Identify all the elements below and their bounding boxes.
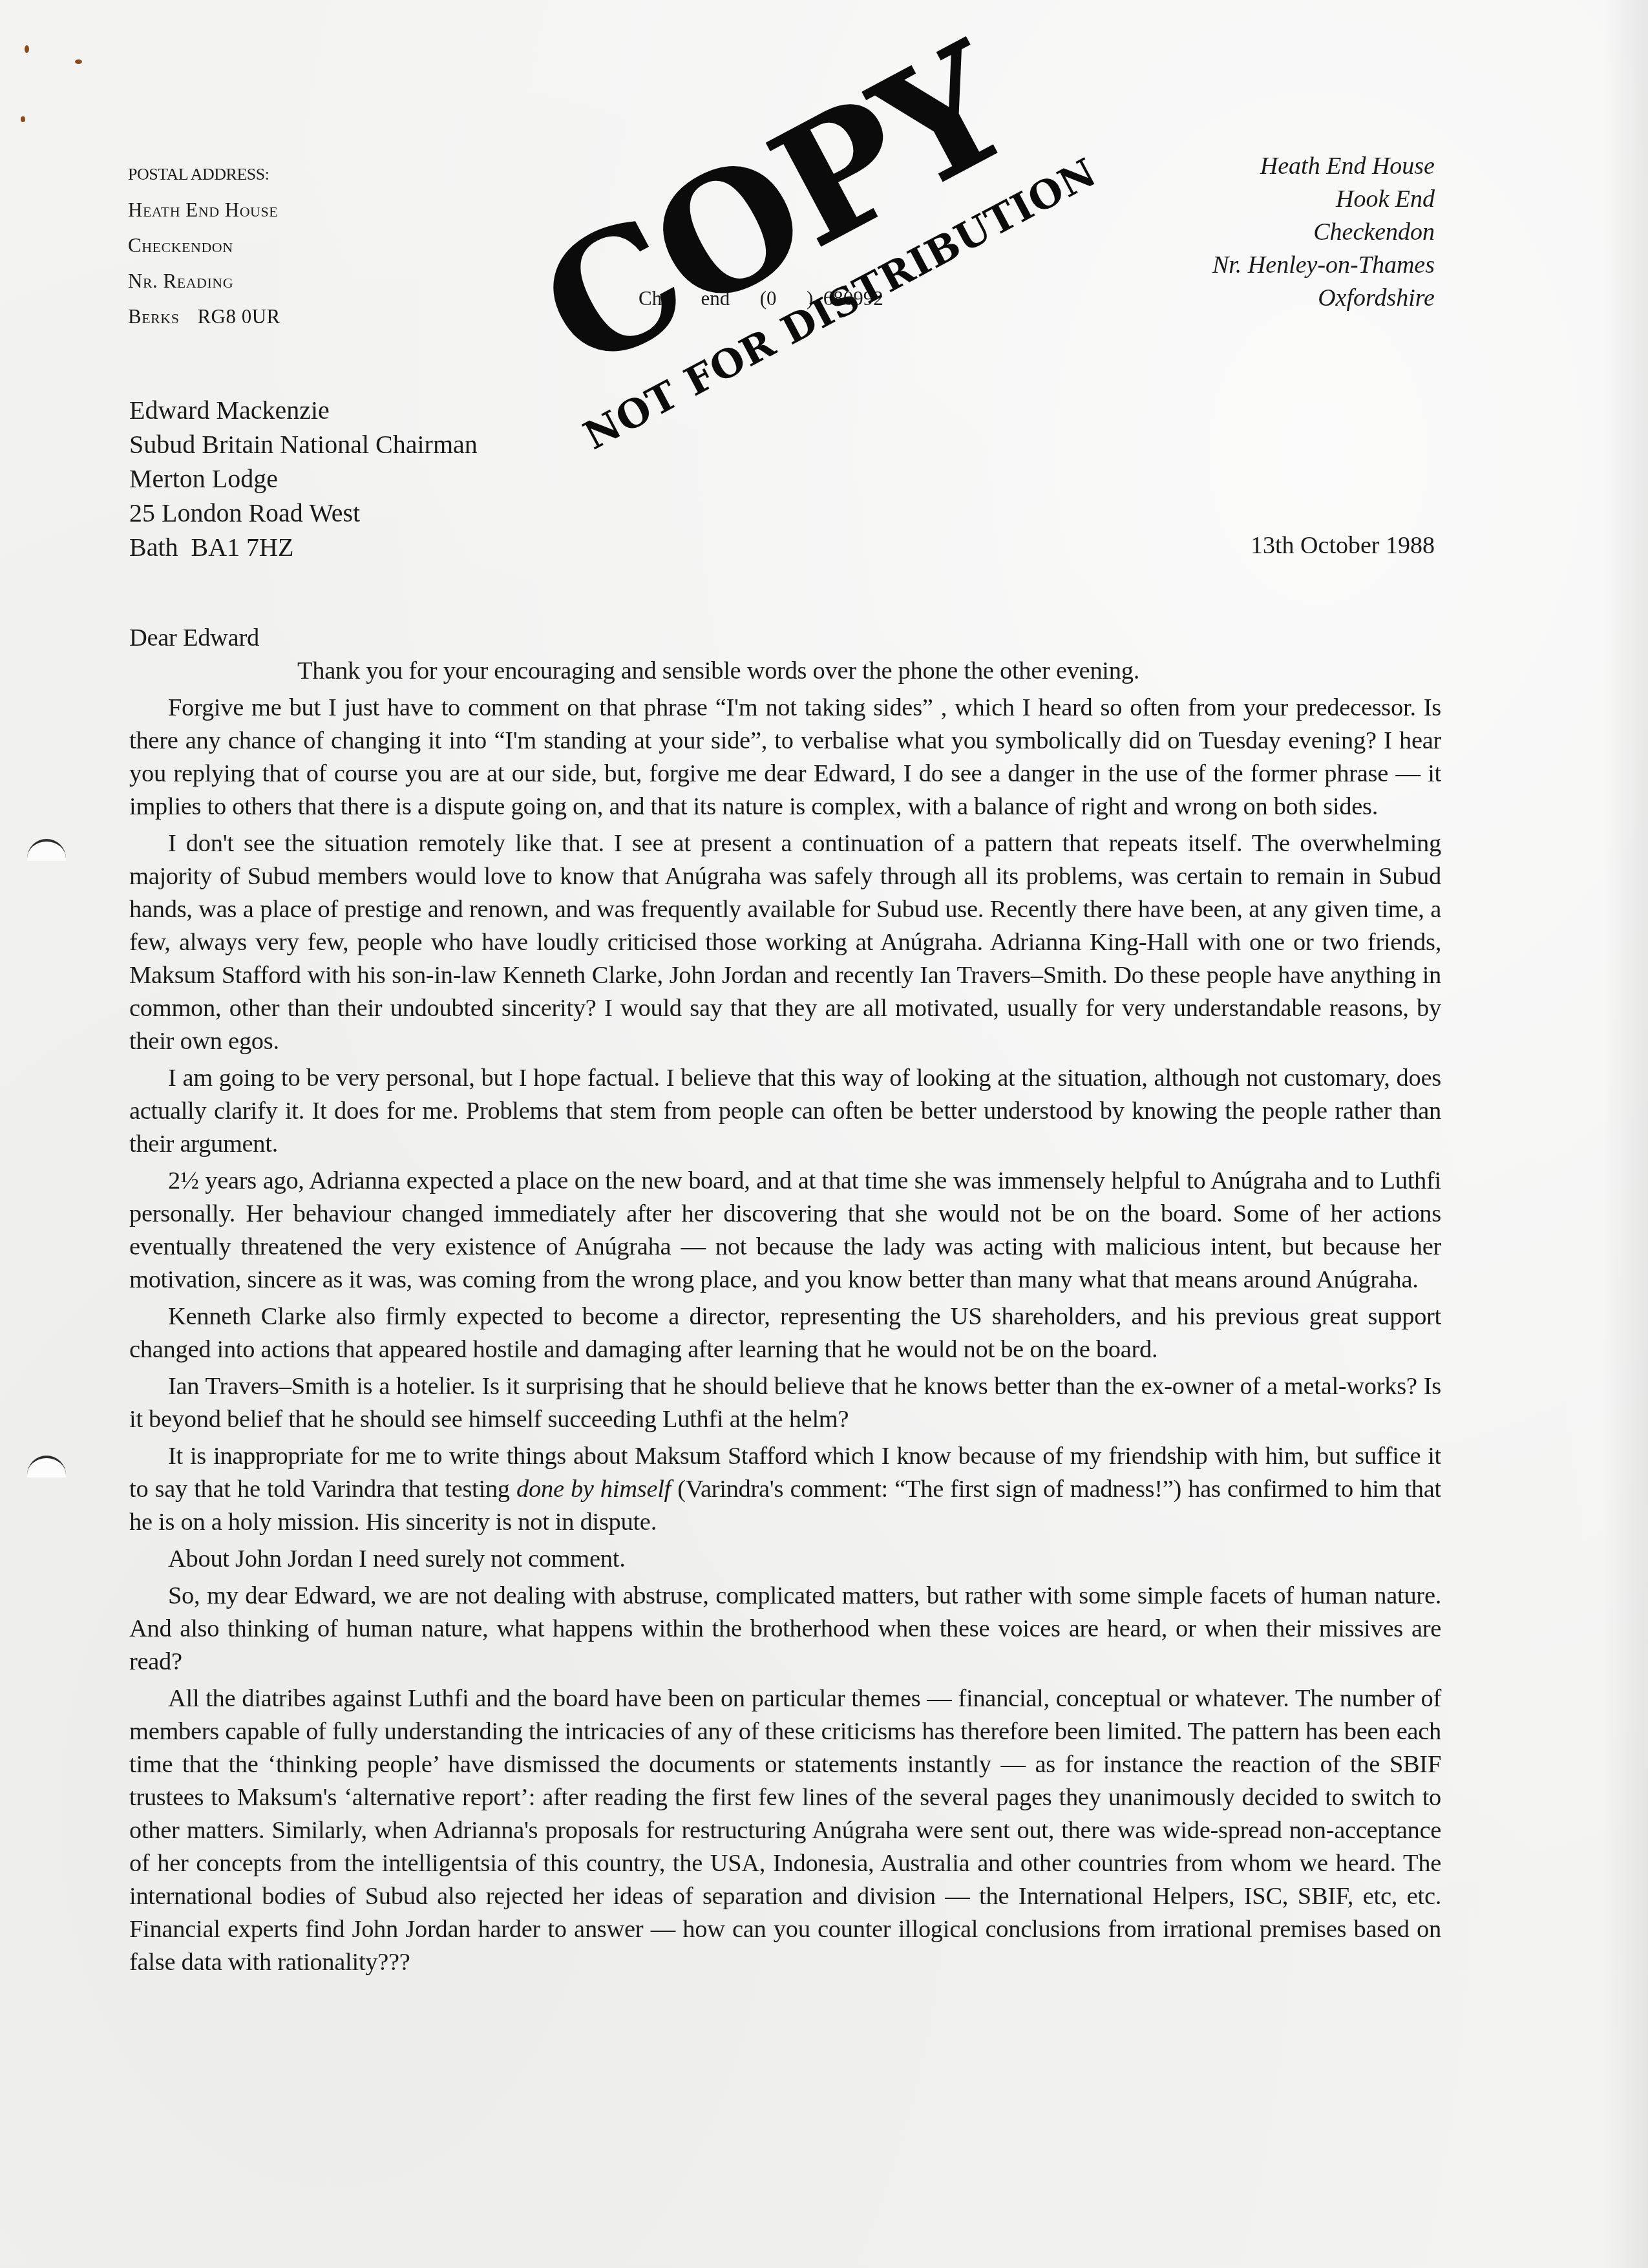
paragraph: All the diatribes against Luthfi and the… — [129, 1682, 1441, 1979]
paragraph: So, my dear Edward, we are not dealing w… — [129, 1580, 1441, 1679]
recipient-line: Merton Lodge — [129, 461, 478, 496]
postal-county: Berks — [128, 305, 179, 328]
salutation: Dear Edward — [129, 622, 1441, 655]
paragraph: About John Jordan I need surely not comm… — [129, 1543, 1441, 1576]
paragraph: I don't see the situation remotely like … — [129, 827, 1441, 1058]
paragraph-maksum: It is inappropriate for me to write thin… — [129, 1440, 1441, 1539]
postal-line: Heath End House — [128, 192, 280, 228]
postal-line-postcode: BerksRG8 0UR — [128, 299, 280, 334]
postal-address: POSTAL ADDRESS: Heath End House Checkend… — [128, 156, 280, 334]
postal-line: Nr. Reading — [128, 263, 280, 299]
sender-line: Heath End House — [1212, 150, 1435, 183]
sender-line: Nr. Henley-on-Thames — [1212, 249, 1435, 282]
paragraph: 2½ years ago, Adrianna expected a place … — [129, 1165, 1441, 1297]
sender-address: Heath End House Hook End Checkendon Nr. … — [1212, 150, 1435, 315]
recipient-line: 25 London Road West — [129, 496, 478, 530]
postal-code: RG8 0UR — [197, 305, 280, 328]
italic-phrase: done by himself — [516, 1476, 671, 1503]
recipient-line: Subud Britain National Chairman — [129, 427, 478, 461]
rust-spot — [75, 59, 82, 64]
sender-line: Checkendon — [1212, 216, 1435, 249]
postal-line: Checkendon — [128, 228, 280, 263]
paragraph: Kenneth Clarke also firmly expected to b… — [129, 1300, 1441, 1366]
sender-line: Oxfordshire — [1212, 282, 1435, 315]
letter-body: Dear Edward Thank you for your encouragi… — [129, 622, 1441, 1983]
punch-hole-top — [27, 839, 66, 861]
recipient-line: Bath BA1 7HZ — [129, 530, 478, 564]
rust-spot — [21, 116, 25, 122]
paragraph: Forgive me but I just have to comment on… — [129, 692, 1441, 823]
rust-spot — [25, 45, 29, 53]
recipient-line: Edward Mackenzie — [129, 393, 478, 427]
punch-hole-bottom — [27, 1456, 66, 1478]
paragraph: Thank you for your encouraging and sensi… — [129, 655, 1441, 688]
paragraph: I am going to be very personal, but I ho… — [129, 1062, 1441, 1161]
page-shadow-edge — [1603, 0, 1648, 2268]
letter-page: POSTAL ADDRESS: Heath End House Checkend… — [0, 0, 1648, 2268]
letter-date: 13th October 1988 — [1251, 531, 1435, 560]
recipient-address: Edward Mackenzie Subud Britain National … — [129, 393, 478, 564]
sender-line: Hook End — [1212, 183, 1435, 216]
paragraph: Ian Travers–Smith is a hotelier. Is it s… — [129, 1370, 1441, 1436]
postal-address-label: POSTAL ADDRESS: — [128, 156, 280, 192]
